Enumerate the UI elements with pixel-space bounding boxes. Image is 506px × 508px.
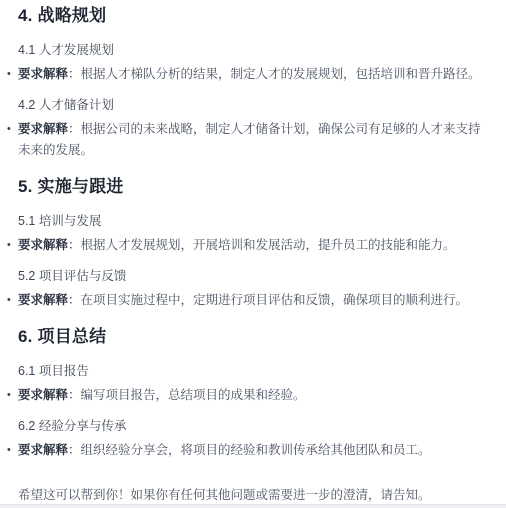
list-item: •要求解释：根据人才发展规划，开展培训和发展活动，提升员工的技能和能力。: [18, 235, 492, 256]
document-page: 4. 战略规划 4.1 人才发展规划 •要求解释：根据人才梯队分析的结果，制定人…: [0, 0, 506, 508]
list-item: •要求解释：在项目实施过程中，定期进行项目评估和反馈，确保项目的顺利进行。: [18, 290, 492, 311]
list-item: •要求解释：根据公司的未来战略，制定人才储备计划，确保公司有足够的人才来支持未来…: [18, 119, 492, 161]
item-description: 在项目实施过程中，定期进行项目评估和反馈，确保项目的顺利进行。: [81, 293, 469, 307]
bullet-icon: •: [7, 235, 11, 256]
term-separator: ：: [68, 122, 81, 136]
section-heading-4: 4. 战略规划: [18, 6, 492, 26]
item-description: 根据人才发展规划，开展培训和发展活动，提升员工的技能和能力。: [81, 238, 456, 252]
closing-note: 希望这可以帮到你！如果你有任何其他问题或需要进一步的澄清，请告知。: [18, 485, 492, 505]
subsection-title-6-2: 6.2 经验分享与传承: [18, 416, 492, 436]
term-separator: ：: [68, 388, 81, 402]
item-description: 组织经验分享会，将项目的经验和教训传承给其他团队和员工。: [81, 443, 431, 457]
section-heading-5: 5. 实施与跟进: [18, 177, 492, 197]
bullet-icon: •: [7, 64, 11, 85]
term-label: 要求解释: [18, 238, 68, 252]
term-separator: ：: [68, 443, 81, 457]
item-description: 根据公司的未来战略，制定人才储备计划，确保公司有足够的人才来支持未来的发展。: [18, 122, 481, 157]
term-label: 要求解释: [18, 443, 68, 457]
bullet-icon: •: [7, 119, 11, 140]
item-description: 根据人才梯队分析的结果，制定人才的发展规划，包括培训和晋升路径。: [81, 67, 481, 81]
term-label: 要求解释: [18, 122, 68, 136]
term-label: 要求解释: [18, 293, 68, 307]
subsection-title-6-1: 6.1 项目报告: [18, 361, 492, 381]
subsection-title-4-2: 4.2 人才储备计划: [18, 95, 492, 115]
bullet-icon: •: [7, 440, 11, 461]
subsection-title-5-2: 5.2 项目评估与反馈: [18, 266, 492, 286]
section-heading-6: 6. 项目总结: [18, 327, 492, 347]
list-item: •要求解释：组织经验分享会，将项目的经验和教训传承给其他团队和员工。: [18, 440, 492, 461]
list-item: •要求解释：编写项目报告，总结项目的成果和经验。: [18, 385, 492, 406]
term-label: 要求解释: [18, 67, 68, 81]
list-item: •要求解释：根据人才梯队分析的结果，制定人才的发展规划，包括培训和晋升路径。: [18, 64, 492, 85]
term-separator: ：: [68, 293, 81, 307]
term-separator: ：: [68, 238, 81, 252]
bottom-divider: [0, 504, 506, 508]
bullet-icon: •: [7, 385, 11, 406]
subsection-title-4-1: 4.1 人才发展规划: [18, 40, 492, 60]
term-label: 要求解释: [18, 388, 68, 402]
term-separator: ：: [68, 67, 81, 81]
assistant-message-body: 4. 战略规划 4.1 人才发展规划 •要求解释：根据人才梯队分析的结果，制定人…: [0, 0, 506, 505]
item-description: 编写项目报告，总结项目的成果和经验。: [81, 388, 306, 402]
bullet-icon: •: [7, 290, 11, 311]
subsection-title-5-1: 5.1 培训与发展: [18, 211, 492, 231]
